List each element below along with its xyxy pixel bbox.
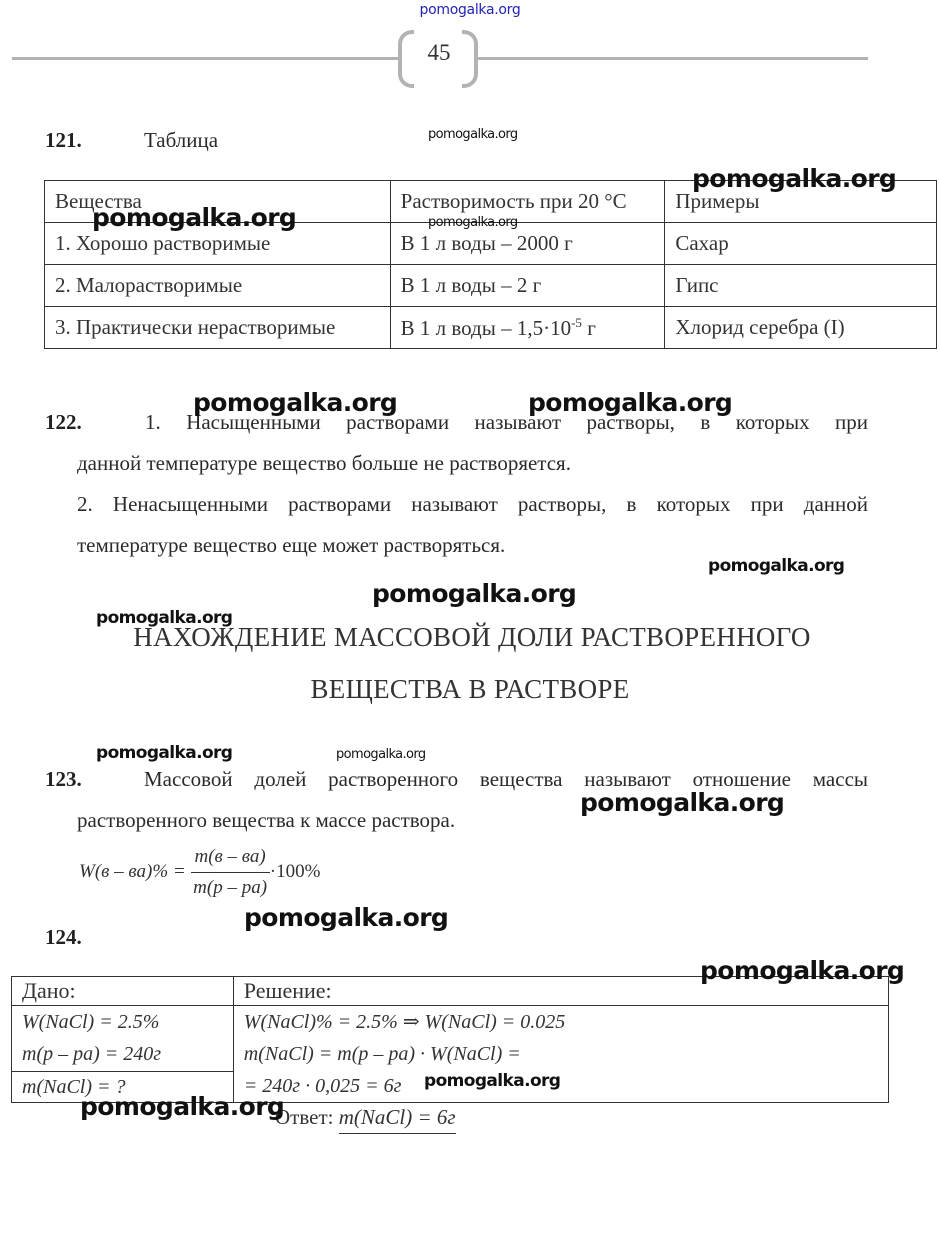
table-cell: 3. Практически нерастворимые: [45, 307, 391, 349]
watermark: pomogalka.org: [580, 788, 784, 817]
watermark: pomogalka.org: [700, 956, 904, 985]
solution-line: = 240г · 0,025 = 6г: [244, 1070, 878, 1102]
watermark: pomogalka.org: [528, 388, 732, 417]
header-rule-left: [12, 57, 400, 60]
given-values: W(NaCl) = 2.5% m(р – ра) = 240г: [12, 1006, 234, 1072]
watermark: pomogalka.org: [193, 388, 397, 417]
task-123-line2: растворенного вещества к массе раствора.: [77, 808, 455, 833]
task-121-number: 121.: [45, 128, 82, 153]
task-122-p1-line2: данной температуре вещество больше не ра…: [77, 451, 571, 476]
table-cell: Сахар: [665, 223, 937, 265]
unit: г: [582, 316, 596, 340]
solution-line: m(NaCl) = m(р – ра) · W(NaCl) =: [244, 1038, 878, 1070]
task-122-p2-line2: температуре вещество еще может растворят…: [77, 533, 505, 558]
solution-steps: W(NaCl)% = 2.5% ⇒ W(NaCl) = 0.025 m(NaCl…: [233, 1006, 888, 1103]
task-122-number: 122.: [45, 410, 82, 435]
given-header: Дано:: [12, 977, 234, 1006]
task-124-number: 124.: [45, 925, 82, 950]
watermark: pomogalka.org: [692, 164, 896, 193]
formula-denominator: m(р – ра): [191, 873, 270, 899]
solubility-value: В 1 л воды – 1,5·10: [401, 316, 571, 340]
watermark: pomogalka.org: [428, 215, 518, 230]
formula-fraction: m(в – ва) m(р – ра): [191, 846, 270, 899]
site-header-label: pomogalka.org: [0, 2, 940, 18]
table-row: 3. Практически нерастворимые В 1 л воды …: [45, 307, 937, 349]
given-solution-mass: m(р – ра) = 240г: [22, 1038, 223, 1070]
table-cell: Гипс: [665, 265, 937, 307]
answer: Ответ: m(NaCl) = 6г: [275, 1105, 456, 1130]
table-cell: В 1 л воды – 1,5·10-5 г: [390, 307, 665, 349]
watermark: pomogalka.org: [96, 743, 232, 763]
answer-value: m(NaCl) = 6г: [339, 1105, 456, 1134]
watermark: pomogalka.org: [424, 1071, 560, 1091]
watermark: pomogalka.org: [336, 747, 426, 762]
watermark: pomogalka.org: [96, 608, 232, 628]
table-row: 2. Малорастворимые В 1 л воды – 2 г Гипс: [45, 265, 937, 307]
exponent: -5: [571, 315, 582, 330]
header-rule-right: [478, 57, 868, 60]
given-mass-fraction: W(NaCl) = 2.5%: [22, 1006, 223, 1038]
task-122-p2-line1: 2. Ненасыщенными растворами называют рас…: [77, 492, 868, 517]
formula-multiplier: ·100%: [270, 861, 321, 882]
watermark: pomogalka.org: [244, 903, 448, 932]
watermark: pomogalka.org: [92, 203, 296, 232]
page-number: 45: [412, 40, 466, 66]
section-heading-line2: ВЕЩЕСТВА В РАСТВОРЕ: [0, 674, 940, 705]
task-123-number: 123.: [45, 767, 82, 792]
watermark: pomogalka.org: [372, 579, 576, 608]
mass-fraction-formula: W(в – ва)% = m(в – ва) m(р – ра) ·100%: [79, 846, 320, 899]
watermark: pomogalka.org: [708, 556, 844, 576]
formula-lhs: W(в – ва)% =: [79, 861, 186, 882]
watermark: pomogalka.org: [428, 127, 518, 142]
watermark: pomogalka.org: [80, 1092, 284, 1121]
table-cell: 2. Малорастворимые: [45, 265, 391, 307]
table-cell: Хлорид серебра (I): [665, 307, 937, 349]
table-cell: В 1 л воды – 2 г: [390, 265, 665, 307]
solution-line: W(NaCl)% = 2.5% ⇒ W(NaCl) = 0.025: [244, 1006, 878, 1038]
formula-numerator: m(в – ва): [191, 846, 270, 873]
task-121-title: Таблица: [144, 128, 218, 153]
